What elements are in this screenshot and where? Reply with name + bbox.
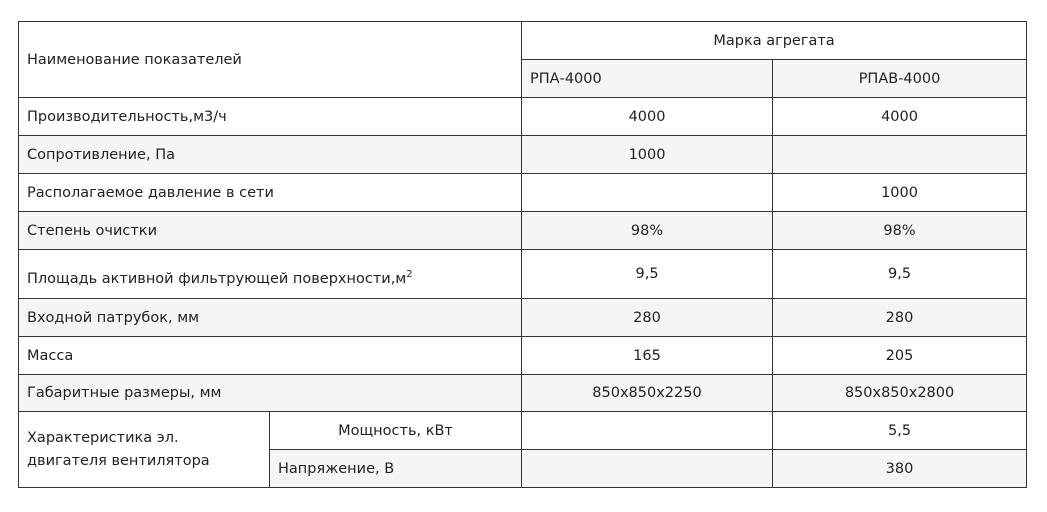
model-header-rpav: РПАВ-4000 [773, 60, 1027, 98]
row-value-rpa [522, 174, 773, 212]
row-label: Степень очистки [19, 212, 522, 250]
row-label: Располагаемое давление в сети [19, 174, 522, 212]
row-label: Масса [19, 337, 522, 375]
header-row: Наименование показателей Марка агрегата [19, 22, 1027, 60]
row-label: Сопротивление, Па [19, 136, 522, 174]
row-label-text: Площадь активной фильтрующей поверхности… [27, 271, 406, 287]
row-label: Входной патрубок, мм [19, 299, 522, 337]
row-value-rpav: 9,5 [773, 250, 1027, 299]
table-row: Располагаемое давление в сети 1000 [19, 174, 1027, 212]
row-value-rpa: 165 [522, 337, 773, 375]
superscript: 2 [406, 269, 412, 280]
row-value-rpav: 1000 [773, 174, 1027, 212]
model-header-rpa: РПА-4000 [522, 60, 773, 98]
row-value-rpav: 5,5 [773, 412, 1027, 450]
table-row: Сопротивление, Па 1000 [19, 136, 1027, 174]
row-value-rpa: 4000 [522, 98, 773, 136]
row-value-rpa [522, 450, 773, 488]
row-value-rpa: 280 [522, 299, 773, 337]
table-row: Площадь активной фильтрующей поверхности… [19, 250, 1027, 299]
motor-sub-label: Напряжение, В [270, 450, 522, 488]
row-value-rpav: 850x850x2800 [773, 375, 1027, 412]
row-value-rpav: 380 [773, 450, 1027, 488]
row-value-rpa: 98% [522, 212, 773, 250]
row-label: Площадь активной фильтрующей поверхности… [19, 250, 522, 299]
row-label: Габаритные размеры, мм [19, 375, 522, 412]
table-row: Степень очистки 98% 98% [19, 212, 1027, 250]
row-value-rpa: 9,5 [522, 250, 773, 299]
row-value-rpav: 280 [773, 299, 1027, 337]
param-header: Наименование показателей [19, 22, 522, 98]
row-value-rpav: 205 [773, 337, 1027, 375]
row-value-rpav: 4000 [773, 98, 1027, 136]
row-value-rpa [522, 412, 773, 450]
row-value-rpa: 850x850x2250 [522, 375, 773, 412]
table-row: Масса 165 205 [19, 337, 1027, 375]
table-row: Габаритные размеры, мм 850x850x2250 850x… [19, 375, 1027, 412]
specifications-table: Наименование показателей Марка агрегата … [18, 21, 1027, 488]
row-label: Производительность,м3/ч [19, 98, 522, 136]
row-value-rpa: 1000 [522, 136, 773, 174]
table-row: Входной патрубок, мм 280 280 [19, 299, 1027, 337]
table-row: Производительность,м3/ч 4000 4000 [19, 98, 1027, 136]
brand-header: Марка агрегата [522, 22, 1027, 60]
motor-group-label: Характеристика эл. двигателя вентилятора [19, 412, 270, 488]
motor-sub-label: Мощность, кВт [270, 412, 522, 450]
row-value-rpav: 98% [773, 212, 1027, 250]
row-value-rpav [773, 136, 1027, 174]
motor-row: Характеристика эл. двигателя вентилятора… [19, 412, 1027, 450]
